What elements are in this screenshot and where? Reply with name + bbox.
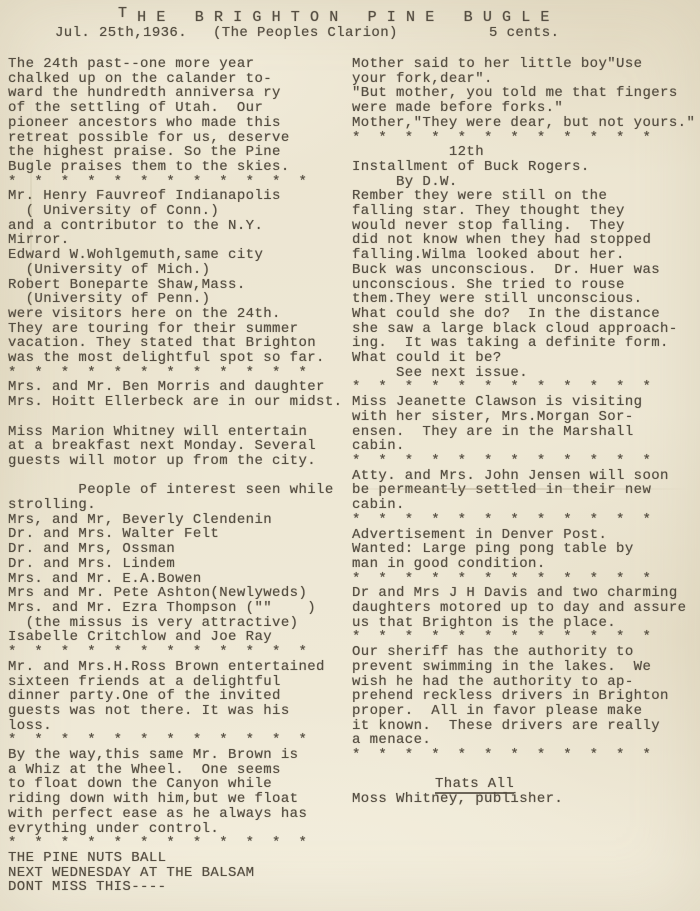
asterisk-separator: * * * * * * * * * * * *: [352, 454, 699, 469]
asterisk-separator: * * * * * * * * * * * *: [8, 836, 355, 851]
asterisk-separator: * * * * * * * * * * * *: [8, 733, 355, 748]
asterisk-separator: * * * * * * * * * * * *: [352, 748, 699, 763]
story-mother-fork: Mother said to her little boy"Use your f…: [352, 57, 699, 131]
story-davis: Dr and Mrs J H Davis and two charming da…: [352, 586, 699, 630]
asterisk-separator: * * * * * * * * * * * *: [8, 645, 355, 660]
asterisk-separator: * * * * * * * * * * * *: [352, 630, 699, 645]
asterisk-separator: * * * * * * * * * * * *: [352, 513, 699, 528]
right-column: Mother said to her little boy"Use your f…: [352, 57, 699, 807]
story-visitors: Mr. Henry Fauvreof Indianapolis ( Univer…: [8, 189, 355, 365]
asterisk-separator: * * * * * * * * * * * *: [352, 131, 699, 146]
story-brown-whiz: By the way,this same Mr. Brown is a Whiz…: [8, 748, 355, 836]
story-denver-post-ad: Advertisement in Denver Post. Wanted: La…: [352, 528, 699, 572]
story-buck-rogers: 12th Installment of Buck Rogers. By D.W.…: [352, 145, 699, 380]
masthead-title-first-letter: T: [118, 5, 128, 22]
announcement-pine-nuts-ball: THE PINE NUTS BALL NEXT WEDNESDAY AT THE…: [8, 851, 355, 895]
line-gap: [352, 763, 699, 778]
line-gap: [8, 410, 355, 425]
story-pioneer-anniversary: The 24th past--one more year chalked up …: [8, 57, 355, 175]
story-clawson: Miss Jeanette Clawson is visiting with h…: [352, 395, 699, 454]
story-jensen: Atty. and Mrs. John Jensen will soon be …: [352, 469, 699, 513]
story-morris-ellerbeck: Mrs. and Mr. Ben Morris and daughter Mrs…: [8, 380, 355, 409]
closing-publisher: Moss Whitney, publisher.: [352, 792, 699, 807]
issue-date: Jul. 25th,1936.: [55, 25, 187, 41]
left-column: The 24th past--one more year chalked up …: [8, 57, 355, 895]
closing-thats-all: Thats All: [352, 777, 699, 792]
paper-crease-horizontal: [352, 488, 687, 490]
masthead-title: T H E B R I G H T O N P I N E B U G L E: [0, 9, 668, 26]
masthead-title-rest: H E B R I G H T O N P I N E B U G L E: [128, 9, 550, 26]
paper-crease-vertical: [30, 80, 32, 380]
newsletter-page: T H E B R I G H T O N P I N E B U G L E …: [0, 0, 700, 911]
story-brown-dinner: Mr. and Mrs.H.Ross Brown entertained six…: [8, 660, 355, 734]
newsletter-subtitle: (The Peoples Clarion): [213, 25, 398, 41]
story-whitney-breakfast: Miss Marion Whitney will entertain at a …: [8, 425, 355, 469]
story-sheriff: Our sheriff has the authority to prevent…: [352, 645, 699, 748]
asterisk-separator: * * * * * * * * * * * *: [352, 380, 699, 395]
issue-price: 5 cents.: [489, 25, 559, 41]
masthead-subline: Jul. 25th,1936. (The Peoples Clarion) 5 …: [0, 25, 700, 41]
story-people-of-interest: People of interest seen while strolling.…: [8, 483, 355, 645]
